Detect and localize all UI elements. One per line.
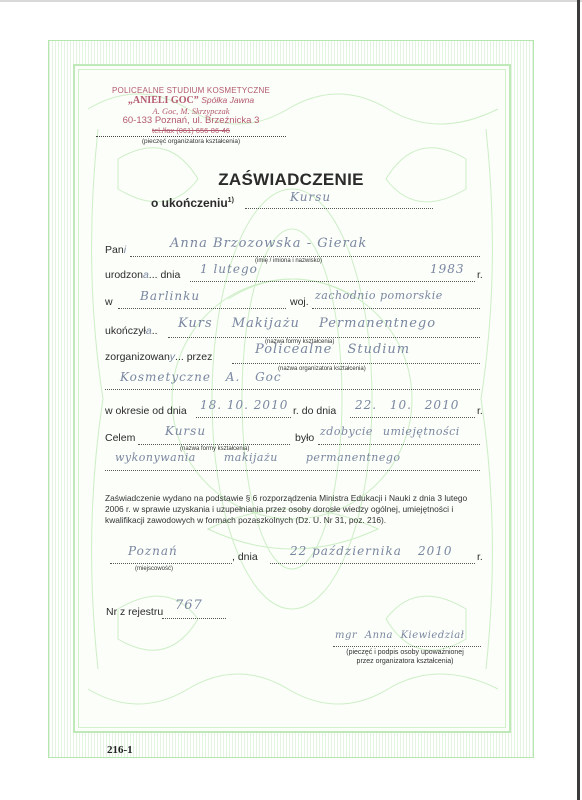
goal-label: Celem: [105, 432, 135, 444]
issue-place-caption: (miejscowość): [135, 566, 173, 572]
completed-dotted-line: [168, 337, 480, 338]
goal-purpose-line-2: wykonywania makijażu permanentnego: [115, 451, 401, 464]
completed-label-text: ukończył: [105, 325, 146, 337]
goal-was-label: było: [295, 432, 314, 444]
period-mid-label: r. do dnia: [293, 405, 336, 417]
signature-caption: (pieczęć i podpis osoby upoważnionej prz…: [330, 648, 480, 666]
subtitle-handwritten-value: Kursu: [290, 190, 331, 204]
form-number: 216-1: [107, 744, 133, 756]
completed-suffix: a: [146, 325, 152, 337]
scan-edge-right: [577, 0, 580, 800]
name-value: Anna Brzozowska - Gierak: [170, 236, 367, 251]
registry-value: 767: [175, 598, 203, 613]
stamp-line-2: „ANIELI GOC” Spółka Jawna: [96, 95, 286, 107]
scan-edge-top: [0, 0, 582, 2]
period-to-value: 22. 10. 2010: [355, 398, 459, 412]
issue-date-dotted-line: [270, 563, 475, 564]
place-label: w: [105, 296, 113, 308]
signature-dotted-line: [333, 646, 481, 647]
organized-dotted-line-2: [105, 389, 480, 390]
signature-value: mgr Anna Kiewiedział: [335, 630, 464, 641]
subtitle-text: o ukończeniu: [151, 196, 228, 210]
period-from-value: 18. 10. 2010: [200, 398, 288, 412]
completed-value: Kurs Makijażu Permanentnego: [178, 316, 436, 331]
region-dotted-line: [312, 308, 480, 309]
goal-purpose-line-1: zdobycie umiejętności: [320, 425, 460, 438]
organized-dotted-line-1: [232, 363, 480, 364]
issue-place-dotted-line: [110, 563, 232, 564]
born-date-value: 1 lutego: [200, 262, 258, 276]
signature-caption-line-1: (pieczęć i podpis osoby upoważnionej: [330, 648, 480, 657]
issue-place-value: Poznań: [128, 544, 178, 558]
organized-suffix: y: [170, 351, 175, 363]
goal-purpose-dotted-line-2: [105, 470, 480, 471]
name-suffix: i: [124, 244, 126, 256]
goal-purpose-dotted-line-1: [318, 444, 480, 445]
place-dotted-line: [118, 308, 286, 309]
born-date-label: dnia: [160, 269, 180, 281]
place-value: Barlinku: [140, 289, 200, 303]
stamp-caption: (pieczęć organizatora kształcenia): [96, 138, 286, 145]
organized-label-text: zorganizowan: [105, 351, 170, 363]
period-end-label: r.: [477, 405, 483, 417]
issue-date-label: , dnia: [232, 551, 258, 563]
legal-basis-text: Zaświadczenie wydano na podstawie § 6 ro…: [105, 493, 485, 526]
name-caption: (imię / imiona i nazwisko): [255, 258, 322, 264]
organized-by-label: przez: [187, 351, 213, 363]
subtitle-dotted-line: [245, 208, 433, 209]
issue-year-value: 2010: [418, 544, 453, 558]
born-dotted-line: [190, 281, 475, 282]
born-suffix: a: [143, 269, 149, 281]
organizer-stamp: POLICEALNE STUDIUM KOSMETYCZNE „ANIELI G…: [96, 86, 286, 137]
born-label-text: urodzon: [105, 269, 143, 281]
document-title: ZAŚWIADCZENIE: [0, 170, 582, 190]
subtitle-label: o ukończeniu1): [151, 196, 234, 210]
region-label: woj.: [290, 296, 309, 308]
organized-label: zorganizowany... przez: [105, 351, 212, 363]
born-label: urodzona... dnia: [105, 269, 180, 281]
region-value: zachodnio pomorskie: [315, 289, 443, 302]
stamp-company-type: Spółka Jawna: [201, 95, 254, 105]
goal-dotted-line: [138, 444, 290, 445]
completed-label: ukończyła..: [105, 325, 158, 337]
name-label-text: Pan: [105, 244, 124, 256]
name-label: Pani: [105, 244, 126, 256]
registry-label: Nr z rejestru: [106, 606, 163, 618]
stamp-line-1: POLICEALNE STUDIUM KOSMETYCZNE: [96, 86, 286, 95]
period-from-dotted-line: [196, 417, 291, 418]
goal-value: Kursu: [165, 424, 206, 438]
organized-value-line-2: Kosmetyczne A. Goc: [120, 370, 282, 384]
signature-caption-line-2: przez organizatora kształcenia): [330, 657, 480, 666]
issue-date-value: 22 października: [290, 544, 402, 558]
period-to-dotted-line: [350, 417, 475, 418]
registry-dotted-line: [162, 618, 226, 619]
footnote-marker: 1): [228, 197, 234, 204]
issue-end-label: r.: [477, 551, 483, 563]
name-dotted-line: [130, 256, 480, 257]
period-from-label: w okresie od dnia: [105, 405, 187, 417]
organized-value-line-1: Policealne Studium: [255, 342, 410, 357]
born-year-suffix: r.: [477, 269, 483, 281]
born-year-value: 1983: [430, 262, 465, 276]
organized-caption: (nazwa organizatora kształcenia): [278, 366, 366, 372]
stamp-school-name: „ANIELI GOC”: [128, 95, 199, 106]
stamp-line-5: tel./fax (061) 656-86-46: [96, 127, 286, 137]
